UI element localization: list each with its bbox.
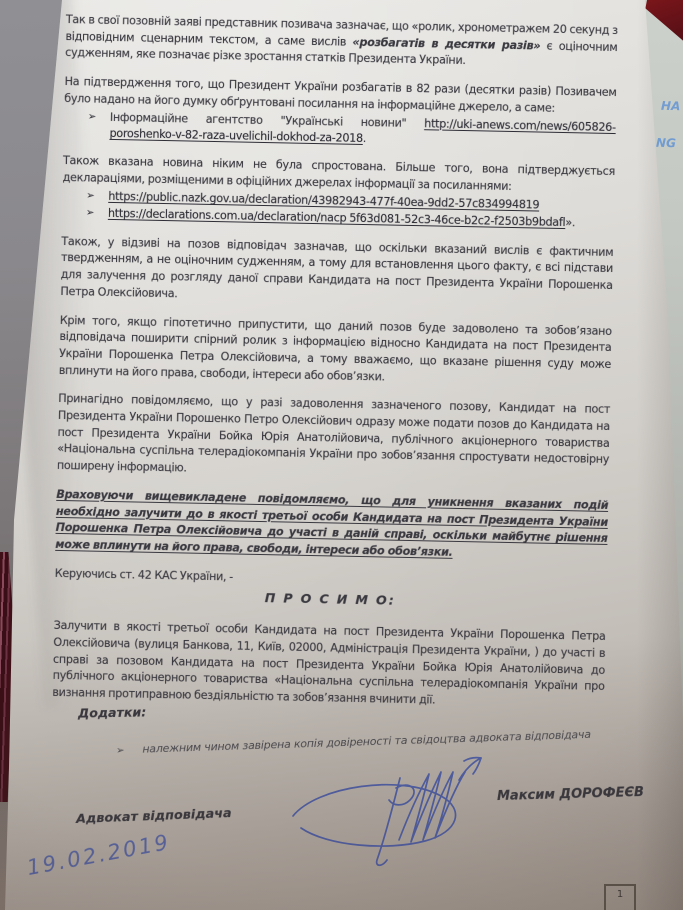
quoted-expression: «розбагатів в десятки разів» (352, 35, 540, 52)
pen-signature (283, 740, 498, 868)
arrow-bullet-icon: ➢ (86, 205, 94, 222)
document-body: Так в свої позовній заяві представник по… (52, 12, 618, 725)
handwritten-date: 19.02.2019 (25, 830, 172, 880)
attachments-label: Додатки: (78, 704, 147, 720)
paragraph-conclusion-emphasized: Враховуючи вищевикладене повідомляємо, щ… (55, 487, 608, 565)
news-bullet-period: . (363, 132, 367, 145)
paragraph-counterclaim-notice: Принагідно повідомляємо, що у разі задов… (57, 391, 611, 486)
underlying-page-text-fragment: НА (660, 99, 680, 114)
signatory-name: Максим ДОРОФЕЄВ (497, 785, 644, 804)
page-number: 1 (617, 889, 623, 910)
link-suffix: ». (565, 216, 575, 229)
page-number-box: 1 (604, 884, 636, 910)
underlying-page-text-fragment: NG (656, 136, 676, 151)
signatory-role-label: Адвокат відповідача (76, 806, 232, 827)
paragraph-petition-request: Залучити в якості третьої особи Кандидат… (52, 618, 606, 713)
arrow-bullet-icon: ➢ (86, 189, 94, 206)
arrow-bullet-icon: ➢ (88, 109, 96, 126)
photo-of-legal-document: НА NG Так в свої позовній заяві представ… (0, 0, 683, 910)
arrow-bullet-icon: ➢ (116, 745, 125, 756)
paragraph-respondent-position: Також, у відзиві на позов відповідач заз… (60, 234, 613, 312)
document-page: Так в свої позовній заяві представник по… (0, 0, 683, 910)
paragraph-claim-statement: Так в свої позовній заяві представник по… (65, 12, 618, 73)
paragraph-hypothetical: Крім того, якщо гіпотетично припустити, … (59, 312, 612, 390)
